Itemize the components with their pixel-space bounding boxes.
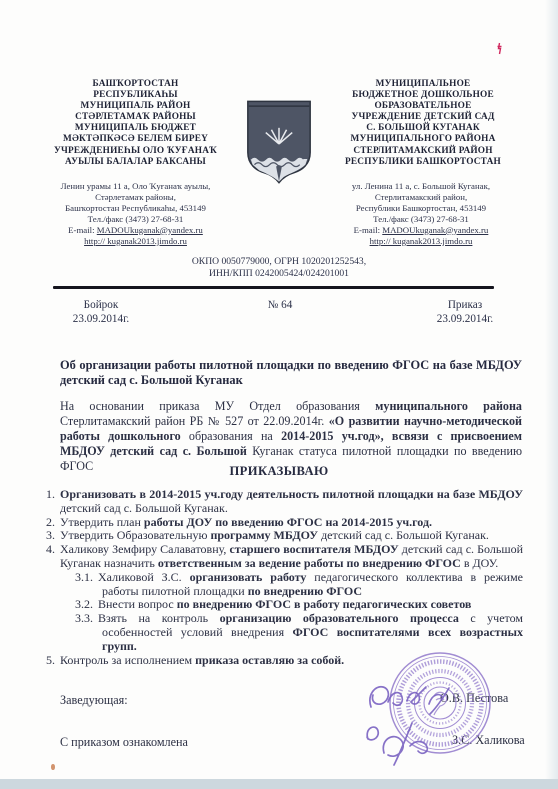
- email-label: E-mail:: [354, 225, 383, 235]
- item-text: Контроль за исполнением приказа оставляю…: [60, 653, 344, 667]
- org-name-russian: МУНИЦИПАЛЬНОЕ БЮДЖЕТНОЕ ДОШКОЛЬНОЕ ОБРАЗ…: [315, 79, 531, 168]
- address-bashkir: Ленин урамы 11 а, Оло Ҡуғанаҡ ауылы, Стә…: [28, 181, 243, 225]
- head-signature-icon: [366, 681, 460, 721]
- org-name-bashkir: БАШҠОРТОСТАН РЕСПУБЛИКАҺЫ МУНИЦИПАЛЬ РАЙ…: [28, 79, 243, 168]
- item-number: 4.: [46, 542, 55, 556]
- scan-edge-right: [545, 0, 558, 789]
- sterlitamak-district-coat-of-arms-icon: [245, 98, 313, 186]
- order-item-1: 1.Организовать в 2014-2015 уч.году деяте…: [46, 488, 523, 516]
- item-text: Взять на контроль организацию образовате…: [98, 611, 523, 653]
- item-number: 5.: [46, 653, 55, 667]
- order-item-4: 4.Халикову Земфиру Салаватовну, старшего…: [46, 543, 523, 571]
- email-label: E-mail:: [68, 225, 97, 235]
- contact-block-russian: ул. Ленина 11 а, с. Большой Куганак, Сте…: [306, 181, 536, 246]
- order-date-russian: 23.09.2014г.: [418, 313, 512, 327]
- order-word-bashkir: Бойрок: [54, 299, 148, 313]
- email-address: MADOUkuganak@yandex.ru: [382, 225, 488, 235]
- scanned-order-document: БАШҠОРТОСТАН РЕСПУБЛИКАҺЫ МУНИЦИПАЛЬ РАЙ…: [0, 0, 558, 789]
- email-line-russian: E-mail: MADOUkuganak@yandex.ru: [306, 225, 536, 236]
- item-number: 3.1.: [75, 570, 93, 584]
- item-text: Утвердить план работы ДОУ по введению ФГ…: [60, 515, 432, 529]
- order-item-3-2: 3.2.Внести вопрос по внедрению ФГОС в ра…: [75, 598, 523, 612]
- contact-block-bashkir: Ленин урамы 11 а, Оло Ҡуғанаҡ ауылы, Стә…: [28, 181, 243, 246]
- item-number: 3.3.: [75, 611, 93, 625]
- item-number: 3.: [46, 528, 55, 542]
- order-item-2: 2.Утвердить план работы ДОУ по введению …: [46, 516, 523, 530]
- head-role-label: Заведующая:: [60, 693, 128, 708]
- order-item-3-1: 3.1.Халиковой З.С. организовать работу п…: [75, 571, 523, 599]
- order-date-bashkir: 23.09.2014г.: [54, 313, 148, 327]
- item-text: Внести вопрос по внедрению ФГОС в работу…: [98, 597, 471, 611]
- order-word-russian: Приказ: [418, 299, 512, 313]
- order-item-3: 3.Утвердить Образовательную программу МБ…: [46, 529, 523, 543]
- address-russian: ул. Ленина 11 а, с. Большой Куганак, Сте…: [306, 181, 536, 225]
- red-ink-mark: [496, 42, 503, 55]
- item-text: Халикову Земфиру Салаватовну, старшего в…: [60, 542, 523, 570]
- order-item-3-3: 3.3.Взять на контроль организацию образо…: [75, 612, 523, 653]
- ack-signature-icon: [358, 719, 460, 769]
- item-text: Утвердить Образовательную программу МБДО…: [60, 528, 489, 542]
- letterhead-divider: [53, 286, 494, 289]
- order-number: № 64: [240, 299, 320, 313]
- item-text: Халиковой З.С. организовать работу педаг…: [98, 570, 523, 598]
- acknowledged-label: С приказом ознакомлена: [60, 735, 188, 750]
- item-number: 1.: [46, 487, 55, 501]
- scan-speck: [51, 764, 55, 770]
- registration-codes: ОКПО 0050779000, ОГРН 1020201252543, ИНН…: [0, 256, 558, 280]
- order-items: 1.Организовать в 2014-2015 уч.году деяте…: [46, 488, 523, 667]
- scan-edge-bottom: [0, 779, 558, 789]
- website-bashkir: http:// kuganak2013.jimdo.ru: [28, 236, 243, 247]
- email-line-bashkir: E-mail: MADOUkuganak@yandex.ru: [28, 225, 243, 236]
- order-meta-bashkir: Бойрок 23.09.2014г.: [54, 299, 148, 326]
- website-russian: http:// kuganak2013.jimdo.ru: [306, 236, 536, 247]
- decree-word: ПРИКАЗЫВАЮ: [0, 464, 558, 479]
- item-number: 2.: [46, 515, 55, 529]
- order-meta-russian: Приказ 23.09.2014г.: [418, 299, 512, 326]
- order-subject: Об организации работы пилотной площадки …: [60, 358, 522, 389]
- item-text: Организовать в 2014-2015 уч.году деятель…: [60, 487, 523, 515]
- item-number: 3.2.: [75, 597, 93, 611]
- email-address: MADOUkuganak@yandex.ru: [97, 225, 203, 235]
